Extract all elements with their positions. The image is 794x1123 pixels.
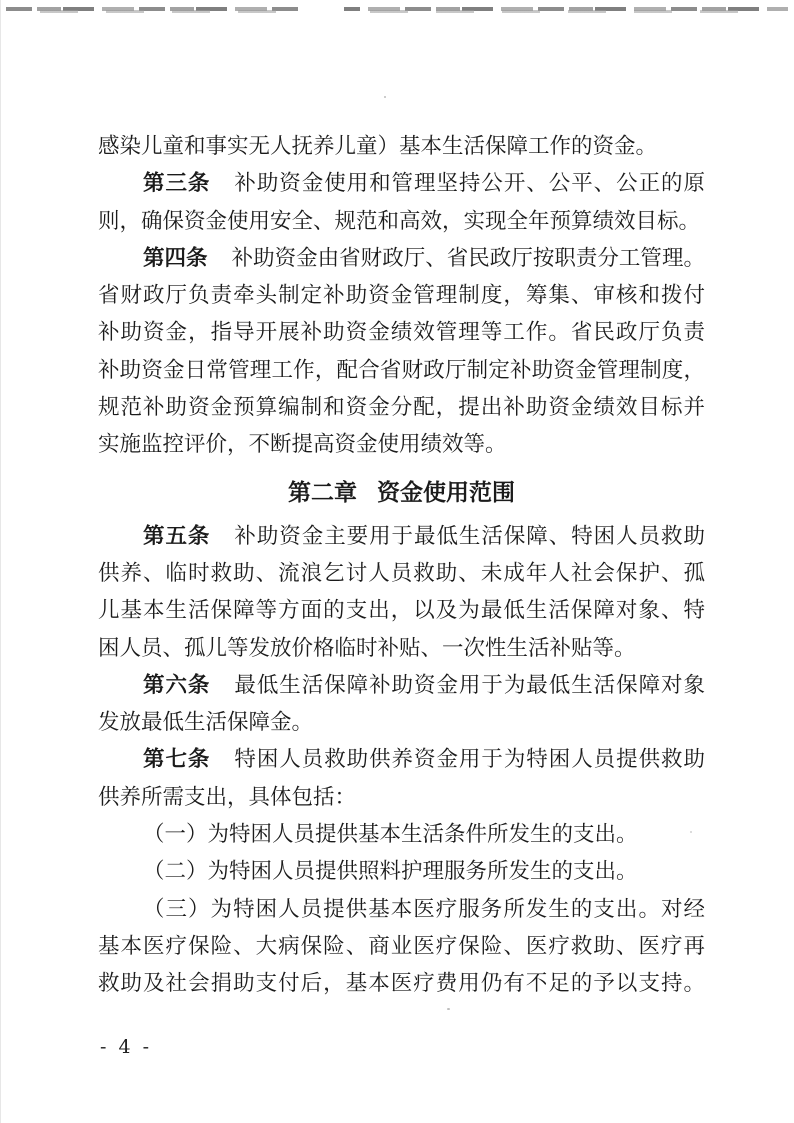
line-text: 儿基本生活保障等方面的支出，以及为最低生活保障对象、特 [98,598,705,623]
line-text: 特困人员救助供养资金用于为特困人员提供救助 [234,747,705,772]
line-text: 规范补助资金预算编制和资金分配，提出补助资金绩效目标并 [98,395,705,420]
text-line-article-5: 第五条补助资金主要用于最低生活保障、特困人员救助 [98,518,705,555]
line-text: （一）为特困人员提供基本生活条件所发生的支出。 [143,822,638,847]
text-line: 供养、临时救助、流浪乞讨人员救助、未成年人社会保护、孤 [98,555,705,592]
chapter-number: 第二章 [288,480,357,506]
line-text: 最低生活保障补助资金用于为最低生活保障对象 [234,673,705,698]
chapter-heading: 第二章资金使用范围 [98,475,705,512]
line-text: 补助资金由省财政厅、省民政厅按职责分工管理。 [232,246,705,271]
line-text: 补助资金，指导开展补助资金绩效管理等工作。省民政厅负责 [98,320,705,345]
text-line-article-3: 第三条补助资金使用和管理坚持公开、公平、公正的原 [98,165,705,202]
document-body: 感染儿童和事实无人抚养儿童）基本生活保障工作的资金。 第三条补助资金使用和管理坚… [98,128,705,1003]
line-text: 发放最低生活保障金。 [98,710,313,735]
line-text: 补助资金主要用于最低生活保障、特困人员救助 [234,524,705,549]
text-line: 感染儿童和事实无人抚养儿童）基本生活保障工作的资金。 [98,128,705,165]
line-text: 补助资金日常管理工作，配合省财政厅制定补助资金管理制度， [98,358,705,383]
scan-artifact-left-edge [0,0,1,1123]
article-number: 第五条 [143,524,210,549]
line-text: 实施监控评价，不断提高资金使用绩效等。 [98,432,507,457]
line-text: （二）为特困人员提供照料护理服务所发生的支出。 [143,859,638,884]
article-number: 第四条 [143,246,208,271]
scanned-document-page: 感染儿童和事实无人抚养儿童）基本生活保障工作的资金。 第三条补助资金使用和管理坚… [0,0,794,1123]
article-number: 第七条 [143,747,210,772]
text-line: 规范补助资金预算编制和资金分配，提出补助资金绩效目标并 [98,389,705,426]
text-line: 实施监控评价，不断提高资金使用绩效等。 [98,426,705,463]
text-line: 救助及社会捐助支付后，基本医疗费用仍有不足的予以支持。 [98,965,705,1002]
line-text: 感染儿童和事实无人抚养儿童）基本生活保障工作的资金。 [98,134,657,159]
scan-speck [384,96,386,98]
text-line-article-4: 第四条补助资金由省财政厅、省民政厅按职责分工管理。 [98,240,705,277]
scan-artifact-gap [300,4,344,16]
text-line: 困人员、孤儿等发放价格临时补贴、一次性生活补贴等。 [98,630,705,667]
text-line: 供养所需支出，具体包括： [98,779,705,816]
line-text: 供养、临时救助、流浪乞讨人员救助、未成年人社会保护、孤 [98,561,705,586]
line-text: 供养所需支出，具体包括： [98,785,356,810]
line-text: 困人员、孤儿等发放价格临时补贴、一次性生活补贴等。 [98,636,636,661]
text-line-item-2: （二）为特困人员提供照料护理服务所发生的支出。 [98,853,705,890]
scan-artifact-top-line-2 [40,10,760,13]
text-line: 发放最低生活保障金。 [98,704,705,741]
text-line: 儿基本生活保障等方面的支出，以及为最低生活保障对象、特 [98,592,705,629]
text-line-article-7: 第七条特困人员救助供养资金用于为特困人员提供救助 [98,741,705,778]
line-text: 基本医疗保险、大病保险、商业医疗保险、医疗救助、医疗再 [98,934,705,959]
text-line: 基本医疗保险、大病保险、商业医疗保险、医疗救助、医疗再 [98,928,705,965]
line-text: 省财政厅负责牵头制定补助资金管理制度，筹集、审核和拨付 [98,283,705,308]
scan-speck [447,1008,450,1010]
line-text: （三）为特困人员提供基本医疗服务所发生的支出。对经 [143,897,705,922]
line-text: 补助资金使用和管理坚持公开、公平、公正的原 [234,171,705,196]
chapter-title: 资金使用范围 [377,480,515,506]
page-number: - 4 - [100,1036,152,1058]
text-line-article-6: 第六条最低生活保障补助资金用于为最低生活保障对象 [98,667,705,704]
line-text: 救助及社会捐助支付后，基本医疗费用仍有不足的予以支持。 [98,971,705,996]
text-line: 补助资金日常管理工作，配合省财政厅制定补助资金管理制度， [98,352,705,389]
text-line: 则，确保资金使用安全、规范和高效，实现全年预算绩效目标。 [98,203,705,240]
text-line: 省财政厅负责牵头制定补助资金管理制度，筹集、审核和拨付 [98,277,705,314]
text-line-item-1: （一）为特困人员提供基本生活条件所发生的支出。 [98,816,705,853]
text-line: 补助资金，指导开展补助资金绩效管理等工作。省民政厅负责 [98,314,705,351]
text-line-item-3: （三）为特困人员提供基本医疗服务所发生的支出。对经 [98,891,705,928]
article-number: 第六条 [143,673,210,698]
line-text: 则，确保资金使用安全、规范和高效，实现全年预算绩效目标。 [98,209,700,234]
article-number: 第三条 [143,171,210,196]
